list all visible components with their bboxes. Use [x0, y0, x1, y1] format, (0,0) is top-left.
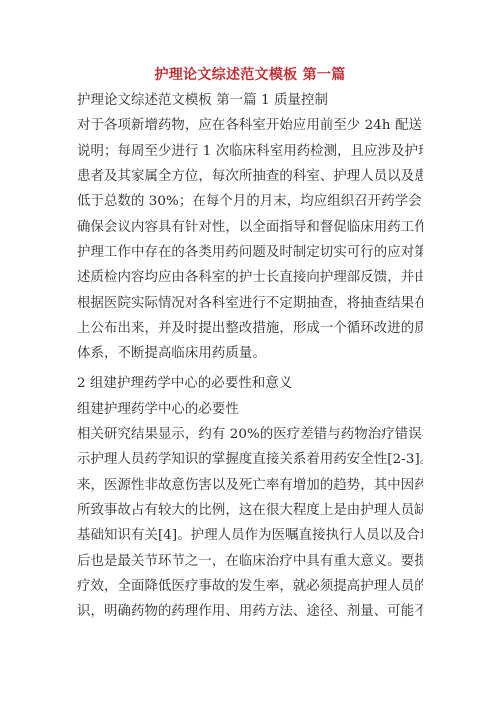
paragraph-line: 对于各项新增药物，应在各科室开始应用前至少 24h 配送药物相关 [77, 117, 423, 135]
paragraph-line: 护理工作中存在的各类用药问题及时制定切实可行的应对策略。上 [77, 244, 423, 262]
paragraph-line: 相关研究结果显示，约有 20%的医疗差错与药物治疗错误相关，提 [77, 426, 423, 444]
paragraph-line: 说明；每周至少进行 1 次临床科室用药检测，且应涉及护理人员、 [77, 143, 423, 161]
paragraph-line: 低于总数的 30%；在每个月的月末，均应组织召开药学会，同时应 [77, 193, 423, 211]
paragraph-line: 示护理人员药学知识的掌握度直接关系着用药安全性[2-3]。近年 [77, 451, 423, 469]
document-title: 护理论文综述范文模板 第一篇 [0, 64, 500, 84]
paragraph-line: 述质检内容均应由各科室的护士长直接向护理部反馈，并由护理部 [77, 269, 423, 287]
paragraph-line: 护理论文综述范文模板 第一篇 1 质量控制 [77, 92, 423, 110]
paragraph-line: 根据医院实际情况对各科室进行不定期抽查，将抽查结果在药学会 [77, 295, 423, 313]
paragraph-line: 识，明确药物的药理作用、用药方法、途径、剂量、可能不良反应 [77, 603, 423, 621]
paragraph-line: 组建护理药学中心的必要性 [77, 401, 423, 419]
paragraph-line: 患者及其家属全方位，每次所抽查的科室、护理人员以及患者不应 [77, 168, 423, 186]
paragraph-line: 所致事故占有较大的比例，这在很大程度上是由护理人员缺乏药学 [77, 502, 423, 520]
paragraph-line: 2 组建护理药学中心的必要性和意义 [77, 375, 423, 393]
paragraph-line: 基础知识有关[4]。护理人员作为医嘱直接执行人员以及合理用药最 [77, 527, 423, 545]
paragraph-line: 后也是最关节环节之一，在临床治疗中具有重大意义。要提高药物 [77, 553, 423, 571]
document-page: 护理论文综述范文模板 第一篇 护理论文综述范文模板 第一篇 1 质量控制对于各项… [0, 0, 500, 707]
paragraph-line: 上公布出来，并及时提出整改措施，形成一个循环改进的质量控制 [77, 320, 423, 338]
paragraph-line: 体系，不断提高临床用药质量。 [77, 345, 423, 363]
paragraph-line: 疗效，全面降低医疗事故的发生率，就必须提高护理人员的药学知 [77, 578, 423, 596]
paragraph-line: 确保会议内容具有针对性，以全面指导和督促临床用药工作，对于 [77, 219, 423, 237]
paragraph-line: 来，医源性非故意伤害以及死亡率有增加的趋势，其中因药物原因 [77, 477, 423, 495]
